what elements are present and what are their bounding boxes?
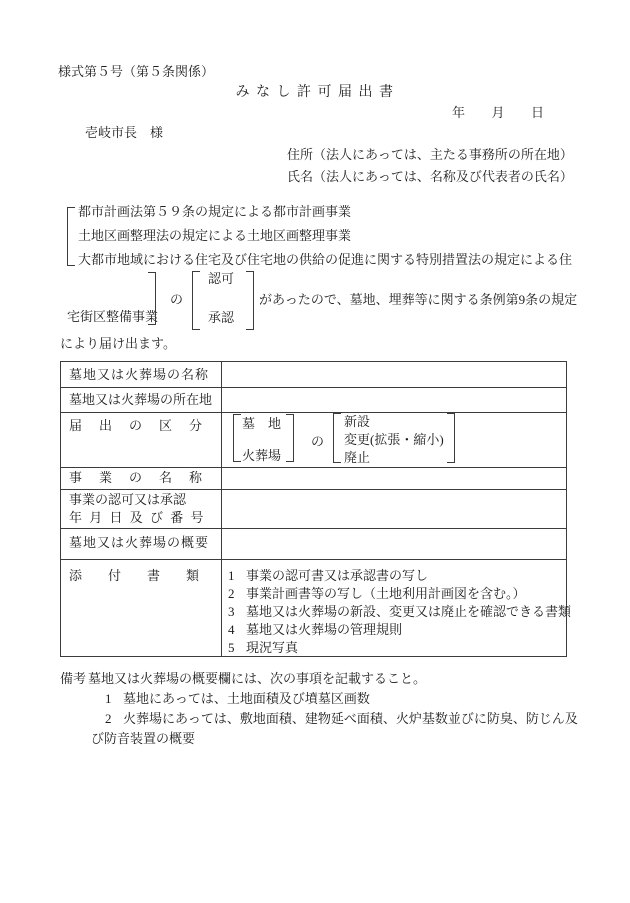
approval-left-bracket: [192, 271, 200, 330]
date-day-label: 日: [531, 105, 544, 121]
note-item-continuation: び防音装置の概要: [91, 731, 195, 747]
attachment-text: 事業の認可書又は承認書の写し: [246, 568, 428, 584]
row-divider: [61, 559, 566, 560]
attachment-num: 3: [228, 604, 235, 619]
particle-no: の: [170, 292, 183, 308]
form-number: 様式第５号（第５条関係）: [58, 64, 214, 80]
law-item-2: 土地区画整理法の規定による土地区画整理事業: [78, 228, 351, 244]
action-option-new: 新設: [344, 414, 370, 430]
label-attachments: 添 付 書 類: [69, 568, 199, 584]
label-cemetery-outline: 墓地又は火葬場の概要: [69, 535, 209, 551]
category-particle-no: の: [311, 434, 324, 450]
attachment-num: 2: [228, 586, 235, 601]
site-right-bracket: [286, 414, 294, 462]
label-approval-line1: 事業の認可又は承認: [69, 492, 186, 508]
label-business-name: 事 業 の 名 称: [69, 470, 204, 486]
attachment-text: 墓地又は火葬場の管理規則: [246, 622, 402, 638]
result-text: があったので、墓地、埋葬等に関する条例第9条の規定: [259, 292, 577, 308]
page-title: み な し 許 可 届 出 書: [0, 85, 630, 102]
approval-option: 認可: [208, 271, 234, 287]
attachment-item: 5: [228, 640, 235, 656]
date-month-label: 月: [491, 105, 504, 121]
law-list-right-bracket: [148, 272, 156, 325]
notes-label: 備考: [60, 671, 86, 687]
attachment-text: 事業計画書等の写し（土地利用計画図を含む。）: [246, 586, 526, 602]
consent-option: 承認: [208, 310, 234, 326]
law-list-left-bracket: [67, 207, 75, 266]
note-item-text: 火葬場にあっては、敷地面積、建物延べ面積、火炉基数並びに防臭、防じん及: [123, 711, 578, 727]
site-left-bracket: [233, 414, 241, 462]
law-item-3-continuation: 宅街区整備事業: [67, 309, 158, 325]
sender-name-note: 氏名（法人にあっては、名称及び代表者の氏名）: [287, 169, 573, 185]
attachment-item: 3: [228, 604, 235, 620]
attachment-item: 1: [228, 568, 235, 584]
field-cemetery-name[interactable]: [222, 363, 565, 386]
sender-address-note: 住所（法人にあっては、主たる事務所の所在地）: [287, 147, 573, 163]
attachment-text: 墓地又は火葬場の新設、変更又は廃止を確認できる書類: [246, 604, 571, 620]
attachment-num: 5: [228, 640, 235, 655]
approval-right-bracket: [246, 271, 254, 330]
date-year-label: 年: [452, 105, 465, 121]
addressee: 壱岐市長 様: [85, 125, 163, 141]
note-item-num: 2: [105, 711, 112, 727]
note-item-num: 1: [105, 691, 112, 707]
action-option-change: 変更(拡張・縮小): [344, 432, 444, 448]
closing-text: により届け出ます。: [60, 336, 176, 352]
action-right-bracket: [447, 413, 455, 463]
attachment-num: 4: [228, 622, 235, 637]
action-left-bracket: [333, 413, 341, 463]
label-cemetery-location: 墓地又は火葬場の所在地: [69, 392, 212, 408]
law-item-3: 大都市地域における住宅及び住宅地の供給の促進に関する特別措置法の規定による住: [78, 252, 572, 268]
notification-form-document: 様式第５号（第５条関係） み な し 許 可 届 出 書 年 月 日 壱岐市長 …: [0, 0, 630, 903]
field-approval-date-number[interactable]: [222, 490, 565, 527]
attachment-num: 1: [228, 568, 235, 583]
field-cemetery-outline[interactable]: [222, 529, 565, 558]
attachment-item: 4: [228, 622, 235, 638]
field-cemetery-location[interactable]: [222, 388, 565, 411]
field-business-name[interactable]: [222, 468, 565, 488]
label-cemetery-name: 墓地又は火葬場の名称: [69, 367, 209, 383]
label-approval-line2: 年 月 日 及 び 番 号: [69, 510, 206, 526]
note-item-text: 墓地にあっては、土地面積及び墳墓区画数: [123, 691, 370, 707]
date-line: 年 月 日: [452, 105, 544, 121]
attachment-text: 現況写真: [246, 640, 298, 656]
notification-table: 墓地又は火葬場の名称 墓地又は火葬場の所在地 届 出 の 区 分 事 業 の 名…: [60, 361, 567, 657]
law-item-1: 都市計画法第５９条の規定による都市計画事業: [78, 204, 351, 220]
site-option-cemetery: 墓 地: [242, 416, 281, 432]
label-notification-category: 届 出 の 区 分: [69, 418, 204, 434]
action-option-abolish: 廃止: [344, 450, 370, 466]
row-divider: [61, 412, 566, 413]
notes-intro: 墓地又は火葬場の概要欄には、次の事項を記載すること。: [88, 671, 426, 687]
attachment-item: 2: [228, 586, 235, 602]
site-option-crematorium: 火葬場: [242, 448, 281, 464]
